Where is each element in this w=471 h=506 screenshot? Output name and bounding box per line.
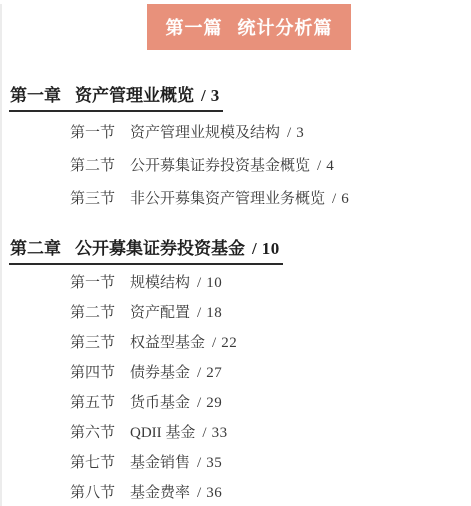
toc-section-item: 第三节非公开募集资产管理业务概览/6 [70, 190, 471, 208]
section-page-number: 35 [206, 455, 222, 471]
chapter-heading: 第一章资产管理业概览/3 [2, 86, 471, 112]
toc-section-item: 第一节规模结构/10 [70, 274, 471, 292]
section-label: 第一节 [70, 275, 115, 291]
section-page-number: 22 [221, 335, 237, 351]
chapter-block: 第一章资产管理业概览/3第一节资产管理业规模及结构/3第二节公开募集证券投资基金… [2, 86, 471, 208]
section-list: 第一节规模结构/10第二节资产配置/18第三节权益型基金/22第四节债券基金/2… [2, 274, 471, 502]
section-page-number: 3 [296, 125, 304, 141]
toc: 第一章资产管理业概览/3第一节资产管理业规模及结构/3第二节公开募集证券投资基金… [2, 86, 471, 502]
chapter-label: 第一章 [10, 86, 61, 105]
page-separator: / [332, 191, 336, 207]
toc-section-item: 第一节资产管理业规模及结构/3 [70, 124, 471, 142]
page-separator: / [197, 395, 201, 411]
toc-section-item: 第五节货币基金/29 [70, 394, 471, 412]
section-title: QDII 基金 [130, 425, 195, 441]
toc-section-item: 第三节权益型基金/22 [70, 334, 471, 352]
section-title: 债券基金 [130, 365, 190, 381]
page-separator: / [212, 335, 216, 351]
page-separator: / [197, 365, 201, 381]
toc-section-item: 第七节基金销售/35 [70, 454, 471, 472]
chapter-page-number: 10 [262, 239, 280, 258]
section-label: 第三节 [70, 335, 115, 351]
toc-section-item: 第二节资产配置/18 [70, 304, 471, 322]
toc-section-item: 第二节公开募集证券投资基金概览/4 [70, 157, 471, 175]
section-list: 第一节资产管理业规模及结构/3第二节公开募集证券投资基金概览/4第三节非公开募集… [2, 124, 471, 208]
page-separator: / [201, 86, 206, 105]
chapter-page-number: 3 [211, 86, 220, 105]
section-title: 资产管理业规模及结构 [130, 125, 280, 141]
section-page-number: 6 [341, 191, 349, 207]
chapter-label: 第二章 [10, 239, 61, 258]
toc-section-item: 第八节基金费率/36 [70, 484, 471, 502]
section-page-number: 18 [206, 305, 222, 321]
page-separator: / [202, 425, 206, 441]
chapter-title: 资产管理业概览 [75, 86, 194, 105]
section-title: 权益型基金 [130, 335, 205, 351]
page-separator: / [317, 158, 321, 174]
chapter-block: 第二章公开募集证券投资基金/10第一节规模结构/10第二节资产配置/18第三节权… [2, 239, 471, 502]
section-label: 第六节 [70, 425, 115, 441]
section-title: 公开募集证券投资基金概览 [130, 158, 310, 174]
section-title: 基金费率 [130, 485, 190, 501]
section-label: 第八节 [70, 485, 115, 501]
part-banner: 第一篇统计分析篇 [147, 4, 351, 50]
section-label: 第二节 [70, 158, 115, 174]
page-separator: / [197, 485, 201, 501]
section-label: 第一节 [70, 125, 115, 141]
section-page-number: 10 [206, 275, 222, 291]
section-title: 非公开募集资产管理业务概览 [130, 191, 325, 207]
chapter-title: 公开募集证券投资基金 [75, 239, 245, 258]
part-banner-label: 第一篇 [166, 14, 223, 40]
section-label: 第四节 [70, 365, 115, 381]
toc-page: 第一篇统计分析篇 第一章资产管理业概览/3第一节资产管理业规模及结构/3第二节公… [0, 4, 471, 506]
section-label: 第三节 [70, 191, 115, 207]
section-label: 第七节 [70, 455, 115, 471]
part-banner-title: 统计分析篇 [238, 14, 333, 40]
section-page-number: 29 [206, 395, 222, 411]
section-page-number: 36 [206, 485, 222, 501]
page-separator: / [197, 455, 201, 471]
toc-section-item: 第六节QDII 基金/33 [70, 424, 471, 442]
toc-section-item: 第四节债券基金/27 [70, 364, 471, 382]
section-page-number: 33 [212, 425, 228, 441]
page-separator: / [287, 125, 291, 141]
section-page-number: 4 [326, 158, 334, 174]
section-label: 第五节 [70, 395, 115, 411]
chapter-heading: 第二章公开募集证券投资基金/10 [2, 239, 471, 265]
section-label: 第二节 [70, 305, 115, 321]
chapter-heading-underline: 第一章资产管理业概览/3 [9, 86, 223, 112]
section-title: 规模结构 [130, 275, 190, 291]
section-page-number: 27 [206, 365, 222, 381]
chapter-heading-underline: 第二章公开募集证券投资基金/10 [9, 239, 283, 265]
page-separator: / [197, 275, 201, 291]
section-title: 资产配置 [130, 305, 190, 321]
page-separator: / [197, 305, 201, 321]
section-title: 基金销售 [130, 455, 190, 471]
section-title: 货币基金 [130, 395, 190, 411]
page-separator: / [252, 239, 257, 258]
